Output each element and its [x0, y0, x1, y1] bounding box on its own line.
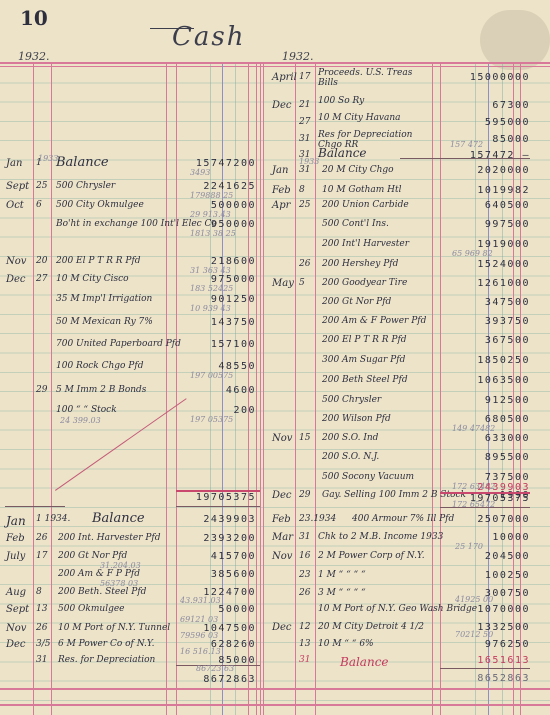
entry-day: 31 — [299, 655, 310, 665]
entry-month: Nov — [6, 256, 26, 267]
entry-amount: 2439903 — [166, 514, 256, 525]
bottom-rule-2 — [0, 704, 550, 706]
entry-day: 25 — [36, 181, 47, 191]
pencil-note: 197 05375 — [190, 415, 233, 424]
left-total-1934: 8672863 — [166, 674, 256, 685]
entry-description: 200 Goodyear Tire — [322, 278, 407, 288]
entry-amount: 15747200 — [166, 158, 256, 169]
entry-description: Balance — [340, 655, 389, 669]
page-divider — [260, 64, 261, 715]
entry-month: Feb — [6, 533, 25, 544]
entry-amount: 415700 — [166, 551, 256, 562]
pencil-note: 31.204.03 — [100, 561, 141, 570]
entry-description: 200 Beth Steel Pfd — [322, 375, 408, 385]
entry-description: Balance — [318, 146, 367, 160]
entry-day: 12 — [299, 622, 310, 632]
entry-description: Balance — [92, 511, 145, 526]
entry-day: 26 — [36, 623, 47, 633]
entry-day: 26 — [299, 588, 310, 598]
page-divider-2 — [263, 64, 264, 715]
entry-amount: 1019982 — [440, 185, 530, 196]
entry-amount: 633000 — [440, 433, 530, 444]
entry-day: 17 — [299, 72, 310, 82]
entry-description: 20 M City Chgo — [322, 165, 394, 175]
entry-amount: 640500 — [440, 200, 530, 211]
date-col-rule-right — [295, 64, 296, 715]
entry-month: May — [272, 278, 294, 289]
entry-month: Apr — [272, 200, 290, 211]
entry-description: 300 Am Sugar Pfd — [322, 355, 405, 365]
entry-amount: 67300 — [440, 100, 530, 111]
pencil-note: 41925 00 — [455, 595, 493, 604]
entry-month: Nov — [272, 433, 292, 444]
entry-month: Feb — [272, 514, 291, 525]
entry-month: Dec — [6, 639, 26, 650]
entry-description: Balance — [56, 155, 109, 170]
entry-amount: 367500 — [440, 335, 530, 346]
pencil-note: 25 170 — [455, 542, 483, 551]
entry-description: 400 Armour 7% Ill Pfd — [352, 514, 454, 524]
entry-day: 31 — [36, 655, 47, 665]
pencil-note: 65 969 82 — [452, 249, 493, 258]
entry-description: 3 M “ “ “ “ — [318, 588, 366, 598]
amount-thousands-rule-right — [488, 64, 489, 715]
entry-amount: 1524000 — [440, 259, 530, 270]
right-rule-1932 — [400, 158, 530, 159]
entry-month: Nov — [6, 623, 26, 634]
pencil-note: 24 399.03 — [60, 416, 101, 425]
entry-day: 27 — [299, 117, 310, 127]
entry-amount: 895500 — [440, 452, 530, 463]
pencil-note: 79596 03 — [180, 631, 218, 640]
entry-day: 20 — [36, 256, 47, 266]
entry-amount: 143750 — [166, 317, 256, 328]
entry-day: 13 — [36, 604, 47, 614]
folio-rule-right — [440, 64, 441, 715]
entry-day: 1 — [36, 158, 42, 168]
entry-amount: 595000 — [440, 117, 530, 128]
entry-amount: 347500 — [440, 297, 530, 308]
pencil-note: 183 52425 — [190, 284, 233, 293]
pencil-note: 157 472 — [450, 140, 483, 149]
entry-day: 16 — [299, 551, 310, 561]
entry-day: 13 — [299, 639, 310, 649]
entry-month: Dec — [6, 274, 26, 285]
bottom-rule — [0, 688, 550, 690]
entry-description: 200 S.O. Ind — [322, 433, 378, 443]
pencil-note: 70212 50 — [455, 630, 493, 639]
pencil-note: 56378 03 — [100, 579, 138, 588]
entry-description: 10 M Port of N.Y. Tunnel — [58, 623, 170, 633]
date-col-rule — [33, 64, 34, 715]
amount-end-rule-right — [520, 64, 521, 715]
entry-description: 200 Hershey Pfd — [322, 259, 398, 269]
entry-day: 23 — [299, 570, 310, 580]
ledger-page: 10 Cash 1932. 1932. 1933.Jan1Balance1574… — [0, 0, 550, 715]
entry-amount: 997500 — [440, 219, 530, 230]
entry-month: Oct — [6, 200, 24, 211]
entry-amount: 100250 — [440, 570, 530, 581]
entry-amount: 385600 — [166, 569, 256, 580]
entry-amount: 1261000 — [440, 278, 530, 289]
page-title: Cash — [172, 22, 245, 52]
entry-description: 500 Cont'l Ins. — [322, 219, 389, 229]
entry-month: Dec — [272, 622, 292, 633]
entry-description: 200 Beth. Steel Pfd — [58, 587, 146, 597]
entry-amount: 2393200 — [166, 533, 256, 544]
entry-description: 200 El P T R R Pfd — [56, 256, 141, 266]
entry-day: 25 — [299, 200, 310, 210]
entry-amount: 2507000 — [440, 514, 530, 525]
entry-description: 50 M Mexican Ry 7% — [56, 317, 153, 327]
entry-description: 500 Chrysler — [322, 395, 381, 405]
pencil-note: 3493 — [190, 168, 210, 177]
page-stain — [480, 10, 550, 70]
entry-amount: 1850250 — [440, 355, 530, 366]
subtotal-rule — [440, 668, 530, 669]
entry-description: 200 Am & F Power Pfd — [322, 316, 426, 326]
left-total-1933: 19705375 — [166, 492, 256, 503]
entry-description: 200 Gt Nor Pfd — [58, 551, 127, 561]
entry-description: 2 M Power Corp of N.Y. — [318, 551, 425, 561]
pencil-note: 179888 25 — [190, 191, 233, 200]
entry-day: 8 — [299, 185, 305, 195]
entry-month: Aug — [6, 587, 26, 598]
entry-description: 200 S.O. N.J. — [322, 452, 379, 462]
pencil-note: 1813 38 25 — [190, 229, 236, 238]
entry-day: 31 — [299, 134, 310, 144]
entry-day: 6 — [36, 200, 42, 210]
entry-month: Dec — [272, 490, 292, 501]
entry-description: 200 Am & F P Pfd — [58, 569, 140, 579]
entry-description: 100 So Ry — [318, 96, 428, 106]
entry-amount: 157100 — [166, 339, 256, 350]
entry-day: 29 — [299, 490, 310, 500]
entry-amount: 912500 — [440, 395, 530, 406]
entry-day: 8 — [36, 587, 42, 597]
entry-month: Feb — [272, 185, 291, 196]
top-rule-2 — [0, 66, 550, 67]
entry-amount: 393750 — [440, 316, 530, 327]
entry-month: Nov — [272, 551, 292, 562]
entry-amount: 1063500 — [440, 375, 530, 386]
entry-description: 200 Int'l Harvester — [322, 239, 409, 249]
entry-day: 23.1934 — [299, 514, 336, 524]
entry-month: Mar — [272, 532, 293, 543]
desc-end-rule-right — [432, 64, 433, 715]
entry-description: 200 Int. Harvester Pfd — [58, 533, 161, 543]
entry-description: 10 M Gotham Htl — [322, 185, 402, 195]
pencil-note: 43.931.03 — [180, 596, 221, 605]
total-rule-bottom — [440, 507, 530, 508]
entry-description: 200 Gt Nor Pfd — [322, 297, 391, 307]
entry-month: April — [272, 72, 297, 83]
grid-rule — [502, 64, 503, 715]
entry-amount: 1070000 — [440, 604, 530, 615]
entry-description: 700 United Paperboard Pfd — [56, 339, 181, 349]
entry-description: 1 M “ “ “ “ — [318, 570, 366, 580]
entry-amount: 15000000 — [440, 72, 530, 83]
entry-description: 100 Rock Chgo Pfd — [56, 361, 143, 371]
entry-month: Dec — [272, 100, 292, 111]
entry-description: 500 Chrysler — [56, 181, 115, 191]
entry-description: 10 M “ “ 6% — [318, 639, 374, 649]
entry-day: 21 — [299, 100, 310, 110]
entry-month: Jan — [6, 514, 26, 528]
entry-amount: 50000 — [166, 604, 256, 615]
entry-day: 26 — [299, 259, 310, 269]
entry-description: 10 M City Havana — [318, 113, 428, 123]
entry-description: 200 Union Carbide — [322, 200, 409, 210]
entry-description: 200 Wilson Pfd — [322, 414, 391, 424]
entry-day: 3/5 — [36, 639, 50, 649]
entry-month: July — [6, 551, 25, 562]
entry-description: 500 Okmulgee — [58, 604, 125, 614]
entry-day: 26 — [36, 533, 47, 543]
entry-amount: 976250 — [440, 639, 530, 650]
pencil-note: 197 00575 — [190, 371, 233, 380]
entry-day: 17 — [36, 551, 47, 561]
top-rule — [0, 62, 550, 64]
entry-day: 29 — [36, 385, 47, 395]
cents-rule-right — [513, 64, 514, 715]
entry-day: 31 — [299, 532, 310, 542]
entry-amount: 1651613 — [440, 655, 530, 666]
entry-description: Res. for Depreciation — [58, 655, 155, 665]
entry-description: 20 M City Detroit 4 1/2 — [318, 622, 424, 632]
pencil-note: 10 939 43 — [190, 304, 231, 313]
entry-day: 1 1934. — [36, 514, 70, 524]
entry-day: 27 — [36, 274, 47, 284]
entry-description: 100 “ “ Stock — [56, 405, 117, 415]
entry-amount: 204500 — [440, 551, 530, 562]
entry-description: Chk to 2 M.B. Income 1933 — [318, 532, 443, 542]
entry-description: 500 Socony Vacuum — [322, 472, 414, 482]
total-rule-bottom — [176, 506, 260, 507]
entry-description: 6 M Power Co of N.Y. — [58, 639, 155, 649]
entry-amount: 4600 — [166, 385, 256, 396]
entry-description: 500 City Okmulgee — [56, 200, 144, 210]
pencil-note: 29 913.43 — [190, 210, 231, 219]
entry-description: 10 M City Cisco — [56, 274, 129, 284]
amount-end-rule — [256, 64, 257, 715]
page-number: 10 — [20, 6, 48, 30]
entry-day: 15 — [299, 433, 310, 443]
entry-month: Jan — [272, 165, 288, 176]
pencil-subtotal: 86723 63 — [196, 664, 234, 673]
header-band — [0, 0, 550, 64]
entry-month: Sept — [6, 604, 29, 615]
date-rule — [5, 506, 65, 507]
entry-month: Jan — [6, 158, 22, 169]
right-total-1933: 19705375 — [440, 493, 530, 504]
pencil-note: 16 516.13 — [180, 647, 221, 656]
entry-description: Proceeds. U.S. Treas Bills — [318, 68, 428, 88]
entry-day: 31 — [299, 165, 310, 175]
pencil-note: 149 47482 — [452, 424, 495, 433]
pencil-note: 69121 03 — [180, 615, 218, 624]
entry-amount: 157472 – — [440, 150, 530, 161]
grid-rule — [475, 64, 476, 715]
entry-description: 35 M Imp'l Irrigation — [56, 294, 152, 304]
entry-amount: 10000 — [440, 532, 530, 543]
entry-month: Sept — [6, 181, 29, 192]
entry-description: 5 M Imm 2 B Bonds — [56, 385, 146, 395]
entry-day: 5 — [299, 278, 305, 288]
entry-amount: 2020000 — [440, 165, 530, 176]
right-total-1934: 8652863 — [440, 673, 530, 684]
entry-description: 200 El P T R R Pfd — [322, 335, 407, 345]
